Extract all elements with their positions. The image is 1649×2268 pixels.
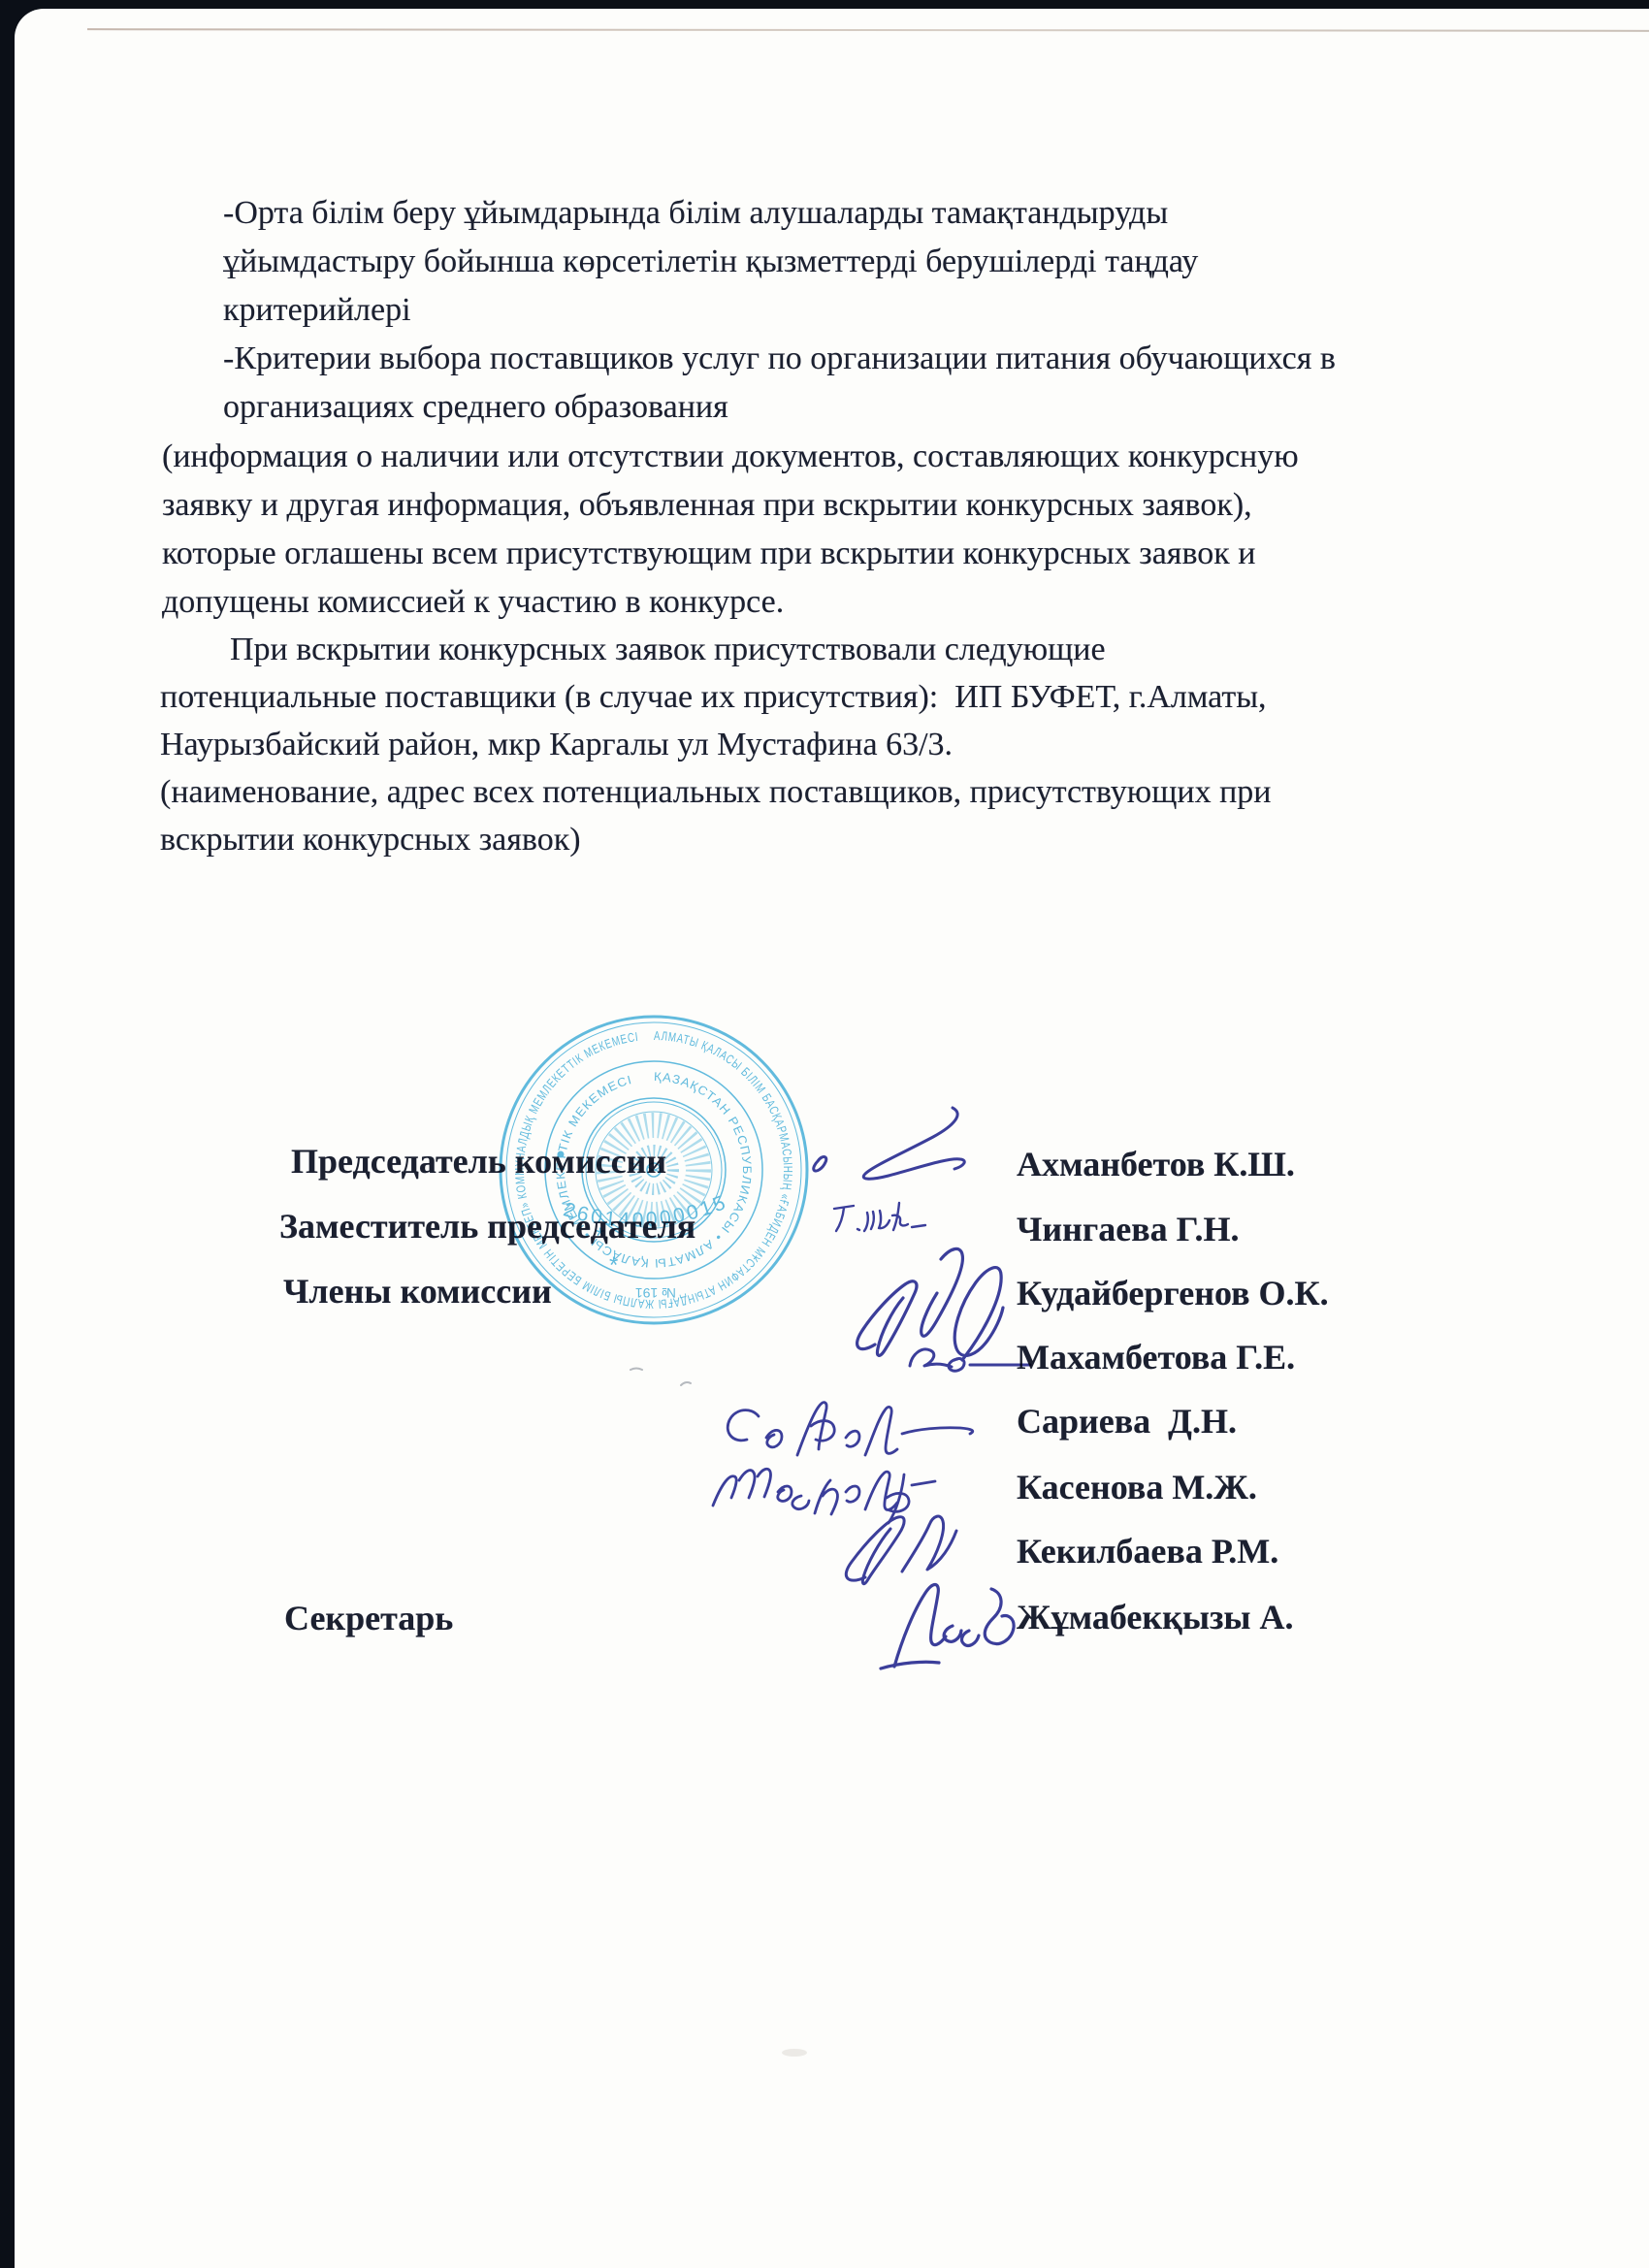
signature-sarieva [727,1403,973,1455]
stamp-star-icon: * [596,1223,604,1249]
doc-line: При вскрытии конкурсных заявок присутств… [230,631,1106,669]
doc-line: ұйымдастыру бойынша көрсетілетін қызметт… [223,243,1198,281]
pen-stray-marks [630,1369,691,1386]
scan-line-artifact [87,28,1649,32]
doc-line: которые оглашены всем присутствующим при… [162,535,1255,573]
doc-line: -Орта білім беру ұйымдарында білім алуша… [223,194,1168,233]
doc-line: -Критерии выбора поставщиков услуг по ор… [223,340,1336,378]
signature-chingaeva [834,1203,925,1231]
scan-edge-top [0,0,1649,9]
signature-kudaibergenov [857,1248,1003,1360]
doc-line: потенциальные поставщики (в случае их пр… [160,678,1267,717]
scanned-document-page: -Орта білім беру ұйымдарында білім алуша… [0,0,1649,2268]
doc-line: допущены комиссией к участию в конкурсе. [162,583,784,622]
signature-makhambetova [910,1349,1030,1371]
doc-line: Наурызбайский район, мкр Каргалы ул Муст… [160,726,953,764]
scan-edge-left [0,0,15,2268]
scan-corner-curve [15,9,82,77]
role-secretary-label: Секретарь [284,1598,453,1638]
doc-line: критерийлері [223,291,411,330]
signatures-overlay [621,1057,1077,1688]
doc-line: организациях среднего образования [223,388,728,427]
doc-line: (наименование, адрес всех потенциальных … [160,773,1271,812]
signature-kasenova [713,1469,935,1523]
doc-line: заявку и другая информация, объявленная … [162,486,1252,525]
signature-zhumabekkyzy [881,1584,1014,1669]
stamp-star-icon: * [609,1252,618,1279]
doc-line: вскрытии конкурсных заявок) [160,821,581,859]
signature-kekilbaeva [846,1516,956,1584]
stamp-dot [558,1151,565,1158]
scan-smudge [782,2049,807,2057]
doc-line: (информация о наличии или отсутствии док… [162,437,1299,476]
signature-akhmanbetov [814,1108,965,1179]
